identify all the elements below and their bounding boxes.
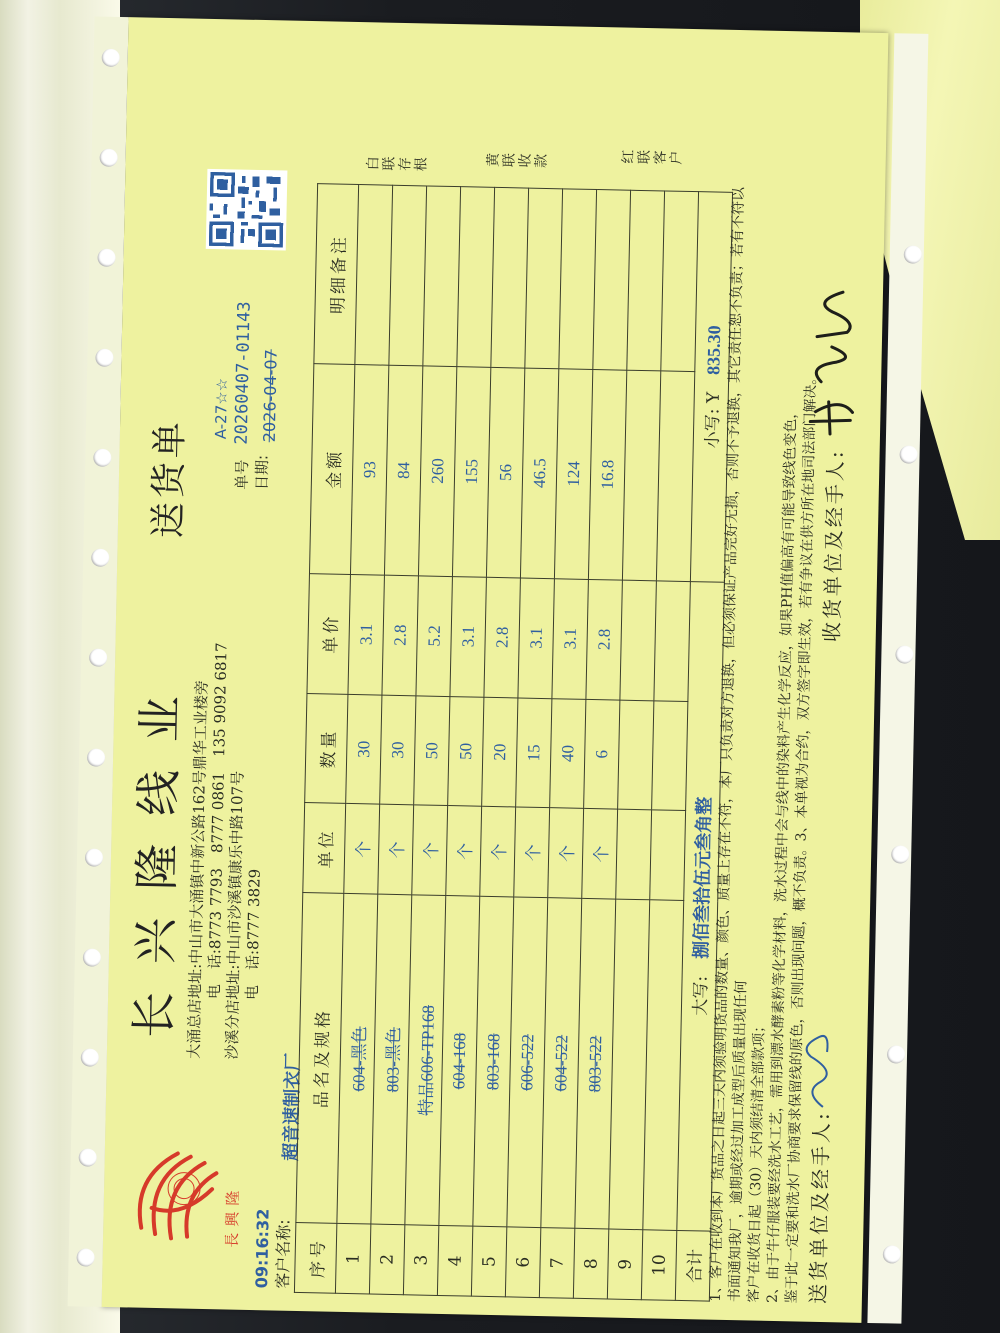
row-no: 5 [471, 1226, 506, 1297]
punch-hole [102, 49, 120, 67]
uppercase-total: 捌佰叁拾伍元叁角整 [690, 797, 714, 959]
punch-hole [85, 848, 103, 866]
row-qty [652, 700, 688, 811]
items-table: 序号 品名及规格 单位 数量 单价 金额 明细备注 1604-黑色个303.19… [294, 183, 733, 1301]
row-no: 1 [335, 1223, 370, 1294]
row-amount: 93 [350, 364, 388, 574]
row-note [559, 189, 597, 370]
sender-signature-icon [798, 1021, 840, 1112]
doc-number: 20260407-01143 [232, 301, 255, 445]
row-no: 2 [369, 1224, 404, 1295]
row-price: 3.1 [348, 574, 385, 695]
logo-text: 長興隆 [221, 1184, 243, 1247]
row-qty: 20 [482, 697, 518, 808]
row-price: 5.2 [416, 576, 453, 697]
punch-hole [899, 445, 917, 463]
company-logo-icon [121, 1137, 233, 1249]
row-unit: 个 [548, 808, 584, 899]
row-qty: 50 [414, 695, 450, 806]
col-header-note: 明细备注 [314, 184, 359, 365]
row-unit: 个 [582, 809, 618, 900]
row-unit [650, 810, 686, 901]
row-amount: 16.8 [588, 369, 626, 579]
row-no: 8 [573, 1228, 608, 1299]
row-amount: 155 [452, 367, 490, 577]
row-no: 7 [539, 1228, 574, 1299]
qr-code-icon [206, 169, 288, 251]
row-no: 3 [403, 1225, 438, 1296]
row-note [457, 187, 495, 368]
copy-label-red: 红联客户 [621, 148, 685, 167]
row-note [627, 190, 665, 371]
row-qty [618, 700, 654, 811]
row-unit [616, 810, 652, 901]
row-qty: 30 [380, 695, 416, 806]
row-price: 3.1 [518, 578, 555, 699]
row-unit: 个 [514, 807, 550, 898]
row-qty: 15 [516, 698, 552, 809]
row-note [593, 190, 631, 371]
row-unit: 个 [344, 804, 380, 895]
company-name: 长兴隆线业 [117, 667, 191, 1038]
row-note [491, 187, 529, 368]
branch-phone: 电 话:8777 3829 [242, 869, 265, 1061]
copy-label-yellow: 黄联收款 [485, 151, 549, 170]
col-header-unit: 单位 [303, 803, 346, 894]
row-price: 3.1 [552, 578, 589, 699]
col-header-item: 品名及规格 [296, 893, 344, 1223]
row-price: 2.8 [586, 579, 623, 700]
row-unit: 个 [412, 805, 448, 896]
punch-hole [79, 1148, 97, 1166]
row-amount: 56 [486, 367, 524, 577]
punch-hole [904, 245, 922, 263]
row-amount: 260 [418, 366, 456, 576]
col-header-price: 单价 [307, 573, 351, 694]
serial-code: A-27☆☆ [212, 378, 231, 440]
row-qty: 30 [346, 694, 382, 805]
delivery-note-wrapper: 長興隆 长兴隆线业 送货单 大涌总店地址:中山市大涌镇中新公路162号鼎华工业楼… [95, 10, 895, 1330]
row-price [654, 581, 691, 702]
customer-label: 客户名称: [270, 1219, 294, 1289]
row-price [620, 580, 657, 701]
row-no: 10 [641, 1230, 676, 1301]
row-price: 3.1 [450, 576, 487, 697]
sender-signature-label: 送货单位及经手人: [802, 1110, 835, 1304]
row-amount: 84 [384, 365, 422, 575]
punch-hole [76, 1248, 94, 1266]
punch-hole [87, 748, 105, 766]
punch-hole [895, 645, 913, 663]
row-no: 6 [505, 1227, 540, 1298]
row-no: 9 [607, 1229, 642, 1300]
col-header-qty: 数量 [305, 693, 348, 804]
punch-hole [91, 549, 109, 567]
row-note [389, 185, 427, 366]
row-unit: 个 [446, 806, 482, 897]
receiver-signature-label: 收货单位及经手人: [816, 448, 849, 642]
row-amount [656, 371, 694, 581]
document-type-title: 送货单 [140, 418, 194, 539]
row-price: 2.8 [382, 575, 419, 696]
uppercase-label: 大写: [690, 976, 711, 1016]
copy-label-white: 白联存根 [365, 154, 429, 173]
row-qty: 40 [550, 698, 586, 809]
doc-number-label: 单号 [231, 459, 253, 489]
row-note [423, 186, 461, 367]
row-no: 4 [437, 1226, 472, 1297]
punch-hole [97, 249, 115, 267]
row-amount [622, 370, 660, 580]
row-qty: 50 [448, 696, 484, 807]
row-note [661, 191, 699, 372]
total-label: 合计 [675, 1230, 710, 1301]
punch-hole [83, 948, 101, 966]
col-header-amount: 金额 [309, 364, 354, 575]
receiver-signature-icon [800, 271, 864, 442]
row-unit: 个 [480, 807, 516, 898]
punch-hole [93, 449, 111, 467]
lowercase-total: 835.30 [703, 325, 724, 375]
punch-hole [887, 1045, 905, 1063]
row-amount: 124 [554, 369, 592, 579]
col-header-no: 序号 [294, 1223, 336, 1294]
punch-hole [99, 149, 117, 167]
row-note [355, 185, 393, 366]
row-qty: 6 [584, 699, 620, 810]
punch-hole [883, 1245, 901, 1263]
row-unit: 个 [378, 805, 414, 896]
punch-hole [89, 649, 107, 667]
date-value: 2026-04-07 [260, 349, 281, 442]
punch-hole [95, 349, 113, 367]
row-amount: 46.5 [520, 368, 558, 578]
delivery-note: 長興隆 长兴隆线业 送货单 大涌总店地址:中山市大涌镇中新公路162号鼎华工业楼… [102, 17, 889, 1323]
punch-hole [81, 1048, 99, 1066]
row-note [525, 188, 563, 369]
punch-hole [891, 845, 909, 863]
row-price: 2.8 [484, 577, 521, 698]
lowercase-label: 小写: Y [703, 392, 724, 449]
date-label: 日期: [251, 455, 273, 490]
